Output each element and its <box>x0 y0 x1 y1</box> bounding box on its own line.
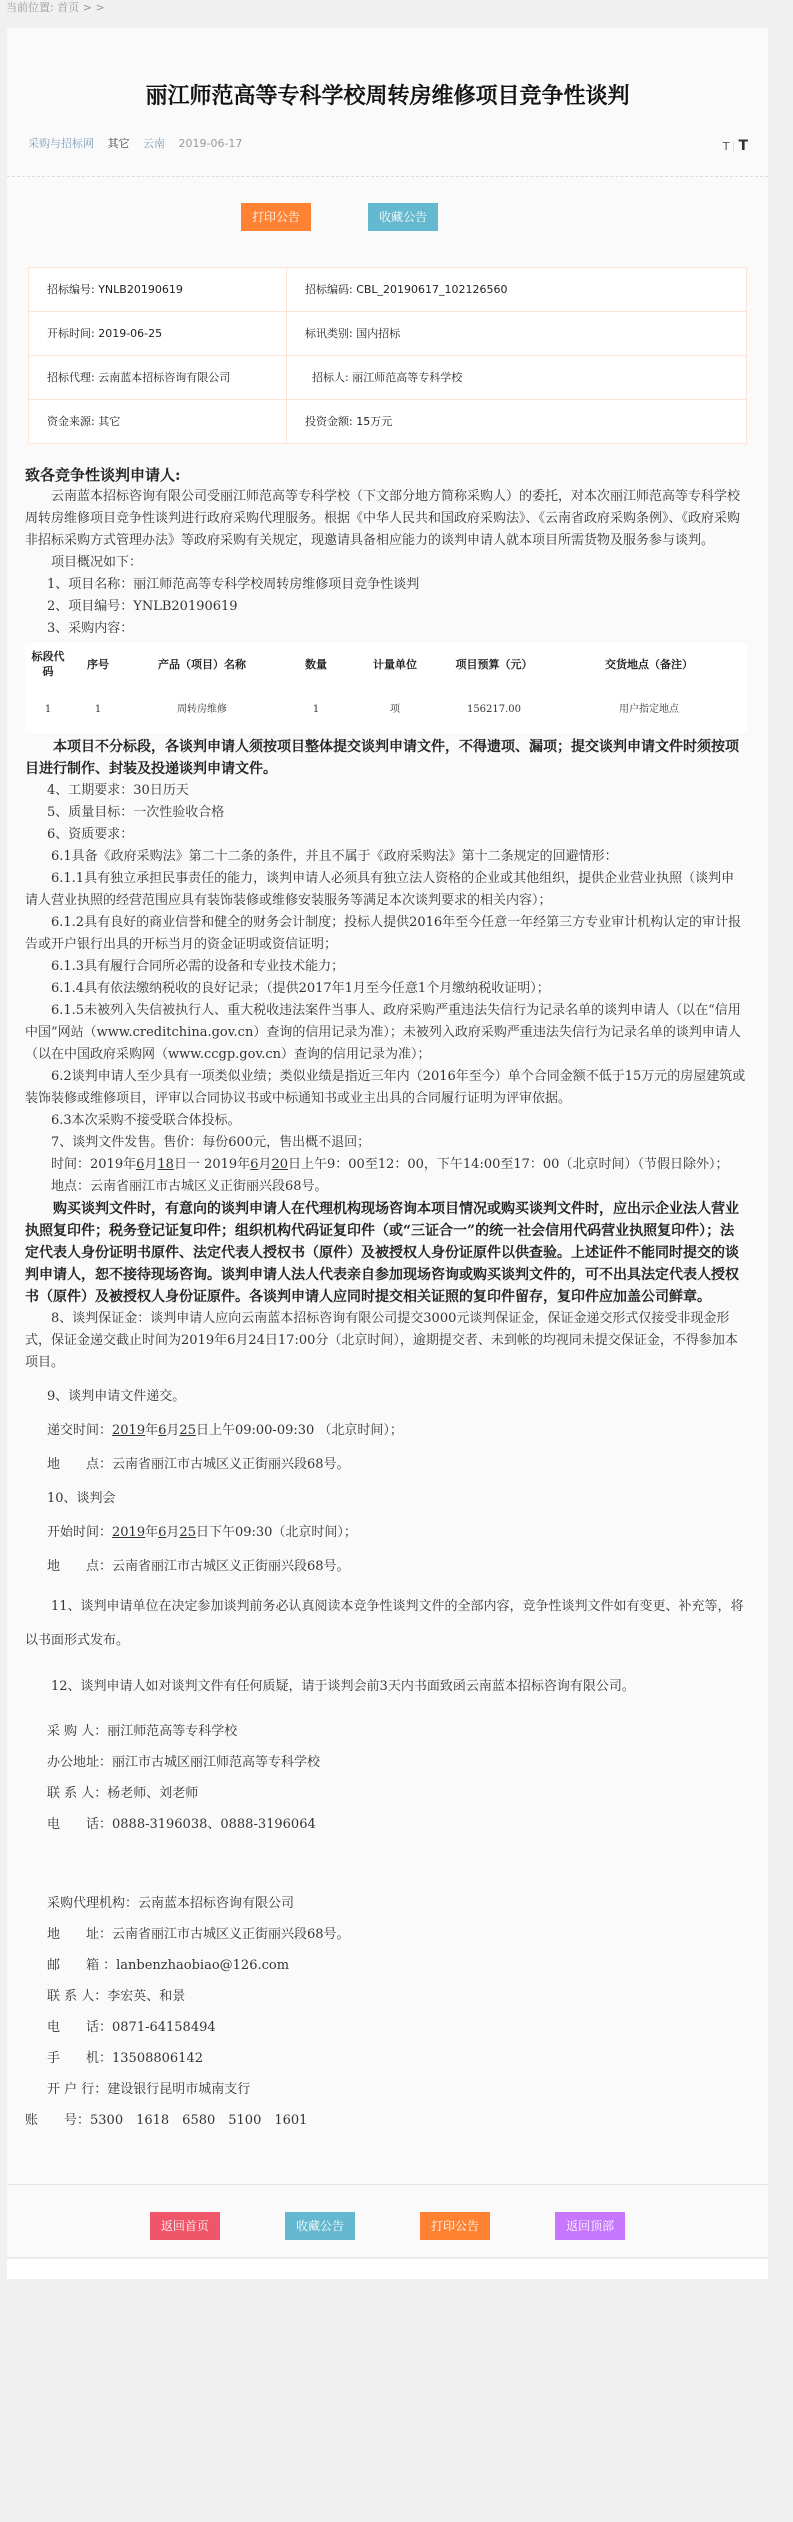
purchaser-name: 采 购 人：丽江师范高等专科学校 <box>25 1716 747 1747</box>
breadcrumb: 当前位置: 首页 > > <box>0 0 793 28</box>
column-header: 产品（项目）名称 <box>125 643 279 685</box>
favorite-button[interactable]: 收藏公告 <box>285 2212 355 2240</box>
agency-account: 账 号：5300 1618 6580 5100 1601 <box>25 2105 747 2136</box>
top-button-row: 打印公告 收藏公告 <box>7 177 768 231</box>
item-submission: 9、谈判申请文件递交。 <box>25 1386 747 1408</box>
item-quality: 5、质量目标：一次性验收合格 <box>25 802 747 824</box>
item-qualification: 6、资质要求： <box>25 824 747 846</box>
purchaser-phone: 电 话：0888-3196038、0888-3196064 <box>25 1809 747 1840</box>
breadcrumb-separator: > <box>83 1 92 14</box>
divider <box>733 141 734 153</box>
item-read-carefully: 11、谈判申请单位在决定参加谈判前务必认真阅读本竞争性谈判文件的全部内容，竞争性… <box>25 1590 747 1658</box>
agency-name: 采购代理机构：云南蓝本招标咨询有限公司 <box>25 1888 747 1919</box>
column-header: 交货地点（备注） <box>551 643 747 685</box>
breadcrumb-home-link[interactable]: 首页 <box>57 1 79 14</box>
publish-date: 2019-06-17 <box>179 137 243 150</box>
print-button[interactable]: 打印公告 <box>241 203 311 231</box>
meeting-place: 地 点：云南省丽江市古城区义正街丽兴段68号。 <box>25 1556 747 1578</box>
category-label: 其它 <box>108 137 130 150</box>
article-card: 丽江师范高等专科学校周转房维修项目竞争性谈判 采购与招标网 其它 云南 2019… <box>7 28 768 2279</box>
agency-mobile: 手 机：13508806142 <box>25 2043 747 2074</box>
table-cell: 1 <box>25 685 71 733</box>
agency-phone: 电 话：0871-64158494 <box>25 2012 747 2043</box>
item-project-name: 1、项目名称：丽江师范高等专科学校周转房维修项目竞争性谈判 <box>25 574 747 596</box>
info-row: 开标时间: 2019-06-25 标讯类别: 国内招标 <box>29 312 746 356</box>
purchaser-address: 办公地址：丽江市古城区丽江师范高等专科学校 <box>25 1747 747 1778</box>
table-cell: 156217.00 <box>437 685 551 733</box>
column-header: 计量单位 <box>353 643 437 685</box>
divider <box>7 2257 768 2279</box>
item-procurement-content: 3、采购内容： <box>25 618 747 640</box>
font-small-button[interactable]: T <box>723 140 730 153</box>
table-cell: 用户指定地点 <box>551 685 747 733</box>
submission-time: 递交时间：2019年6月25日上午09:00-09:30 （北京时间）； <box>25 1420 747 1442</box>
back-home-button[interactable]: 返回首页 <box>150 2212 220 2240</box>
procurement-table: 标段代码 序号 产品（项目）名称 数量 计量单位 项目预算（元） 交货地点（备注… <box>25 643 747 733</box>
footer-button-row: 返回首页 收藏公告 打印公告 返回顶部 <box>7 2185 768 2257</box>
agency-email: 邮 箱 ：lanbenzhaobiao@126.com <box>25 1950 747 1981</box>
submission-place: 地 点：云南省丽江市古城区义正街丽兴段68号。 <box>25 1454 747 1476</box>
page-title: 丽江师范高等专科学校周转房维修项目竞争性谈判 <box>7 82 768 112</box>
sale-time: 时间：2019年6月18日一 2019年6月20日上午9：00至12：00，下午… <box>25 1154 747 1176</box>
greeting: 致各竞争性谈判申请人: <box>25 464 747 486</box>
info-row: 资金来源: 其它 投资金额: 15万元 <box>29 400 746 443</box>
qualification-6-1-1: 6.1.1具有独立承担民事责任的能力，谈判申请人必须具有独立法人资格的企业或其他… <box>25 868 747 912</box>
print-button[interactable]: 打印公告 <box>420 2212 490 2240</box>
breadcrumb-separator: > <box>95 1 104 14</box>
agency-contact: 联 系 人：李宏英、和景 <box>25 1981 747 2012</box>
meeting-start-time: 开始时间：2019年6月25日下午09:30（北京时间）； <box>25 1522 747 1544</box>
source-link[interactable]: 采购与招标网 <box>28 137 94 150</box>
column-header: 项目预算（元） <box>437 643 551 685</box>
tender-type: 标讯类别: 国内招标 <box>286 312 746 355</box>
agency-address: 地 址：云南省丽江市古城区义正街丽兴段68号。 <box>25 1919 747 1950</box>
article-meta: 采购与招标网 其它 云南 2019-06-17 TT <box>7 136 768 176</box>
region-link[interactable]: 云南 <box>143 137 165 150</box>
font-large-button[interactable]: T <box>738 138 748 154</box>
table-cell: 周转房维修 <box>125 685 279 733</box>
item-negotiation-meeting: 10、谈判会 <box>25 1488 747 1510</box>
table-cell: 1 <box>71 685 125 733</box>
qualification-6-2: 6.2谈判申请人至少具有一项类似业绩；类似业绩是指近三年内（2016年至今）单个… <box>25 1066 747 1110</box>
purchase-notice: 购买谈判文件时，有意向的谈判申请人在代理机构现场咨询本项目情况或购买谈判文件时，… <box>25 1198 747 1308</box>
qualification-6-1-2: 6.1.2具有良好的商业信誉和健全的财务会计制度；投标人提供2016年至今任意一… <box>25 912 747 956</box>
table-header-row: 标段代码 序号 产品（项目）名称 数量 计量单位 项目预算（元） 交货地点（备注… <box>25 643 747 685</box>
qualification-6-3: 6.3本次采购不接受联合体投标。 <box>25 1110 747 1132</box>
fund-source: 资金来源: 其它 <box>29 400 286 443</box>
intro-paragraph: 云南蓝本招标咨询有限公司受丽江师范高等专科学校（下文部分地方简称采购人）的委托，… <box>25 486 747 552</box>
no-lots-notice: 本项目不分标段，各谈判申请人须按项目整体提交谈判申请文件，不得遗项、漏项；提交谈… <box>25 736 747 780</box>
purchaser-contact: 联 系 人：杨老师、刘老师 <box>25 1778 747 1809</box>
qualification-6-1-3: 6.1.3具有履行合同所必需的设备和专业技术能力； <box>25 956 747 978</box>
qualification-6-1-4: 6.1.4具有依法缴纳税收的良好记录；（提供2017年1月至今任意1个月缴纳税收… <box>25 978 747 1000</box>
qualification-6-1-5: 6.1.5未被列入失信被执行人、重大税收违法案件当事人、政府采购严重违法失信行为… <box>25 1000 747 1066</box>
tender-info-table: 招标编号: YNLB20190619 招标编码: CBL_20190617_10… <box>28 267 747 444</box>
info-row: 招标编号: YNLB20190619 招标编码: CBL_20190617_10… <box>29 268 746 312</box>
item-document-sale: 7、谈判文件发售。售价：每份600元，售出概不退回； <box>25 1132 747 1154</box>
column-header: 数量 <box>279 643 353 685</box>
item-deposit: 8、谈判保证金：谈判申请人应向云南蓝本招标咨询有限公司提交3000元谈判保证金，… <box>25 1308 747 1374</box>
column-header: 序号 <box>71 643 125 685</box>
font-size-switcher: TT <box>723 138 748 155</box>
tenderer: 招标人: 丽江师范高等专科学校 <box>286 356 746 399</box>
breadcrumb-label: 当前位置: <box>6 1 54 14</box>
tender-agent: 招标代理: 云南蓝本招标咨询有限公司 <box>29 356 286 399</box>
overview-heading: 项目概况如下： <box>25 552 747 574</box>
item-project-number: 2、项目编号：YNLB20190619 <box>25 596 747 618</box>
tender-code: 招标编码: CBL_20190617_102126560 <box>286 268 746 311</box>
table-cell: 项 <box>353 685 437 733</box>
column-header: 标段代码 <box>25 643 71 685</box>
table-cell: 1 <box>279 685 353 733</box>
open-time: 开标时间: 2019-06-25 <box>29 312 286 355</box>
qualification-6-1: 6.1具备《政府采购法》第二十二条的条件，并且不属于《政府采购法》第十二条规定的… <box>25 846 747 868</box>
table-row: 1 1 周转房维修 1 项 156217.00 用户指定地点 <box>25 685 747 733</box>
info-row: 招标代理: 云南蓝本招标咨询有限公司 招标人: 丽江师范高等专科学校 <box>29 356 746 400</box>
article-body: 致各竞争性谈判申请人: 云南蓝本招标咨询有限公司受丽江师范高等专科学校（下文部分… <box>7 444 768 2136</box>
item-questions: 12、谈判申请人如对谈判文件有任何质疑，请于谈判会前3天内书面致函云南蓝本招标咨… <box>25 1670 747 1704</box>
agency-bank: 开 户 行：建设银行昆明市城南支行 <box>25 2074 747 2105</box>
back-to-top-button[interactable]: 返回顶部 <box>555 2212 625 2240</box>
tender-number: 招标编号: YNLB20190619 <box>29 268 286 311</box>
item-schedule: 4、工期要求：30日历天 <box>25 780 747 802</box>
favorite-button[interactable]: 收藏公告 <box>368 203 438 231</box>
sale-place: 地点：云南省丽江市古城区义正街丽兴段68号。 <box>25 1176 747 1198</box>
investment-amount: 投资金额: 15万元 <box>286 400 746 443</box>
